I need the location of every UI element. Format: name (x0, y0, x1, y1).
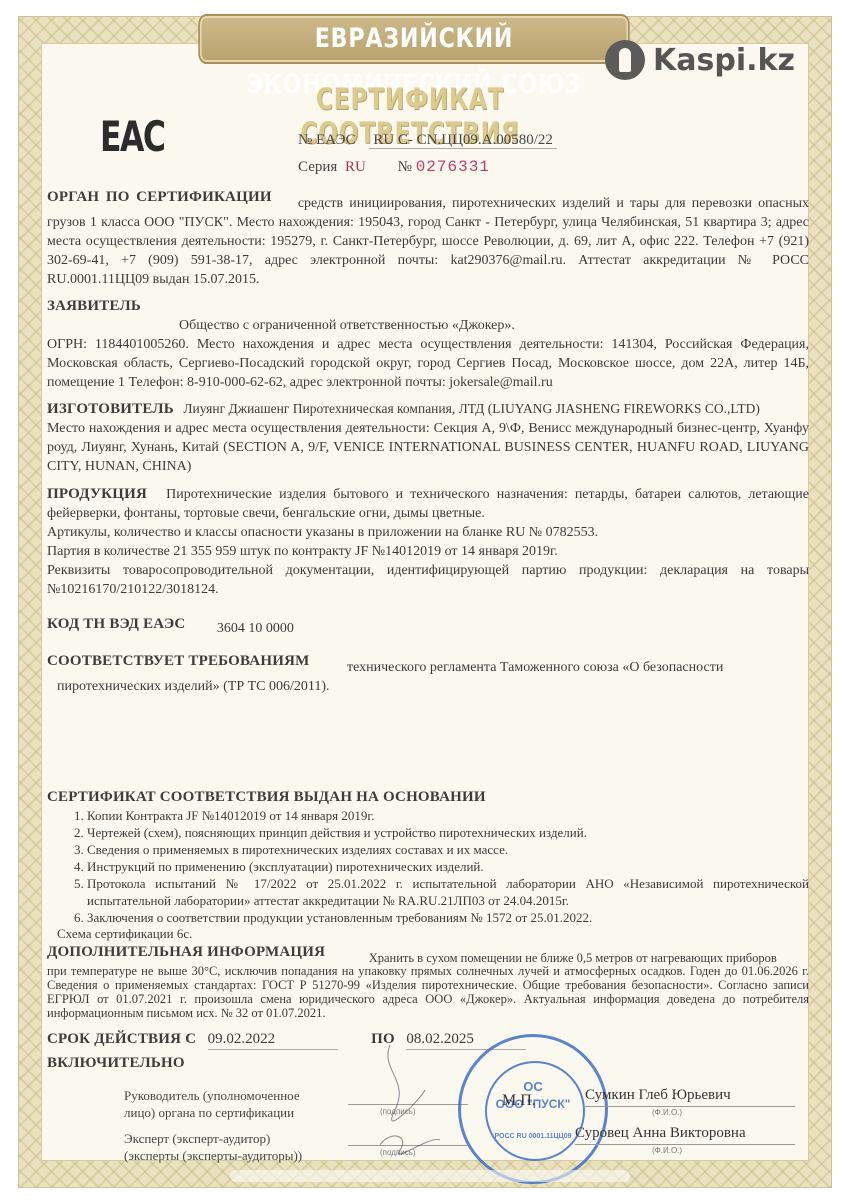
head-name: Сумкин Глеб Юрьевич (585, 1087, 731, 1104)
certification-body-text: средств инициирования, пиротехнических и… (47, 196, 809, 287)
product-batch: Партия в количестве 21 355 959 штук по к… (47, 542, 809, 561)
basis-list: Копии Контракта JF №14012019 от 14 январ… (47, 807, 809, 926)
stamp-inner-ring (485, 1061, 585, 1161)
basis-heading: СЕРТИФИКАТ СООТВЕТСТВИЯ ВЫДАН НА ОСНОВАН… (47, 788, 809, 807)
applicant-section: ЗАЯВИТЕЛЬ Общество с ограниченной ответс… (47, 297, 809, 392)
complies-heading: СООТВЕТСТВУЕТ ТРЕБОВАНИЯМ (47, 653, 309, 669)
eac-mark: ЕАС (100, 112, 165, 161)
series-row: Серия RU № 0276331 (298, 158, 490, 176)
serial-value: 0276331 (416, 158, 490, 176)
additional-info-text: при температуре не выше 30°С, исключив п… (47, 964, 809, 1020)
product-description: Пиротехнические изделия бытового и техни… (47, 487, 809, 521)
printer-footer-strip (230, 1170, 630, 1182)
tn-ved-section: КОД ТН ВЭД ЕАЭС 3604 10 0000 (47, 615, 809, 634)
basis-item: Заключения о соответствии продукции уста… (87, 909, 809, 926)
product-documents: Реквизиты товаросопроводительной докумен… (47, 561, 809, 599)
basis-item: Инструкций по применению (эксплуатации) … (87, 858, 809, 875)
union-banner: ЕВРАЗИЙСКИЙ ЭКОНОМИЧЕСКИЙ СОЮЗ (198, 14, 629, 64)
basis-item: Копии Контракта JF №14012019 от 14 январ… (87, 807, 809, 824)
validity-from-label: СРОК ДЕЙСТВИЯ С (47, 1031, 196, 1047)
basis-item: Сведения о применяемых в пиротехнических… (87, 841, 809, 858)
expert-signature-label: Эксперт (эксперт-аудитор) (эксперты (экс… (124, 1130, 302, 1164)
certification-body-heading: ОРГАН ПО СЕРТИФИКАЦИИ (47, 189, 272, 205)
complies-text-1: технического регламента Таможенного союз… (347, 660, 723, 675)
basis-item: Протокола испытаний № 17/2022 от 25.01.2… (87, 875, 809, 909)
complies-text-2: пиротехнических изделий» (ТР ТС 006/2011… (47, 677, 809, 696)
certificate-number-row: № ЕАЭС RU C- CN.ЦЦ09.А.00580/22 (298, 132, 557, 149)
kaspi-logo-icon (605, 40, 645, 80)
complies-section: СООТВЕТСТВУЕТ ТРЕБОВАНИЯМ технического р… (47, 652, 809, 696)
product-section: ПРОДУКЦИЯ Пиротехнические изделия бытово… (47, 485, 809, 599)
head-label-line-1: Руководитель (уполномоченное (124, 1087, 300, 1104)
certificate-number-value: RU C- CN.ЦЦ09.А.00580/22 (369, 132, 557, 149)
applicant-name: Общество с ограниченной ответственностью… (47, 316, 809, 335)
manufacturer-name: Лиуянг Джиашенг Пиротехническая компания… (183, 401, 759, 416)
additional-info-first-line: Хранить в сухом помещении не ближе 0,5 м… (369, 951, 777, 965)
serial-label: № (398, 159, 412, 175)
head-signature-label: Руководитель (уполномоченное лицо) орган… (124, 1087, 300, 1121)
series-value: RU (345, 159, 366, 175)
additional-info-heading: ДОПОЛНИТЕЛЬНАЯ ИНФОРМАЦИЯ (47, 944, 325, 960)
expert-name: Суровец Анна Викторовна (575, 1125, 746, 1142)
manufacturer-address: Место нахождения и адрес места осуществл… (47, 419, 809, 476)
product-heading: ПРОДУКЦИЯ (47, 486, 147, 502)
head-name-caption: (Ф.И.О.) (652, 1108, 682, 1117)
expert-label-line-2: (эксперты (эксперты-аудиторы)) (124, 1147, 302, 1164)
head-name-line (585, 1106, 795, 1107)
tn-ved-heading: КОД ТН ВЭД ЕАЭС (47, 616, 185, 632)
signature-scribbles-icon (370, 1040, 460, 1160)
kaspi-watermark-text: Kaspi.kz (653, 43, 795, 78)
basis-item: Чертежей (схем), поясняющих принцип дейс… (87, 824, 809, 841)
certification-body-section: ОРГАН ПО СЕРТИФИКАЦИИ средств инициирова… (47, 188, 809, 283)
applicant-heading: ЗАЯВИТЕЛЬ (47, 297, 809, 316)
validity-from-date: 09.02.2022 (208, 1030, 338, 1050)
certification-scheme: Схема сертификации 6с. (47, 926, 809, 942)
basis-section: СЕРТИФИКАТ СООТВЕТСТВИЯ ВЫДАН НА ОСНОВАН… (47, 788, 809, 942)
series-label: Серия (298, 159, 337, 175)
seal-label: М.П. (502, 1092, 536, 1110)
head-label-line-2: лицо) органа по сертификации (124, 1104, 300, 1121)
certificate-number-label: № ЕАЭС (298, 132, 356, 148)
expert-name-line (575, 1144, 795, 1145)
additional-info-section: ДОПОЛНИТЕЛЬНАЯ ИНФОРМАЦИЯ Хранить в сухо… (47, 943, 809, 1020)
applicant-details: ОГРН: 1184401005260. Место нахождения и … (47, 335, 809, 392)
manufacturer-section: ИЗГОТОВИТЕЛЬ Лиуянг Джиашенг Пиротехниче… (47, 399, 809, 476)
product-articles: Артикулы, количество и классы опасности … (47, 523, 809, 542)
tn-ved-code: 3604 10 0000 (217, 621, 294, 636)
manufacturer-heading: ИЗГОТОВИТЕЛЬ (47, 401, 174, 417)
expert-label-line-1: Эксперт (эксперт-аудитор) (124, 1130, 302, 1147)
kaspi-watermark: Kaspi.kz (605, 40, 795, 80)
expert-name-caption: (Ф.И.О.) (652, 1146, 682, 1155)
